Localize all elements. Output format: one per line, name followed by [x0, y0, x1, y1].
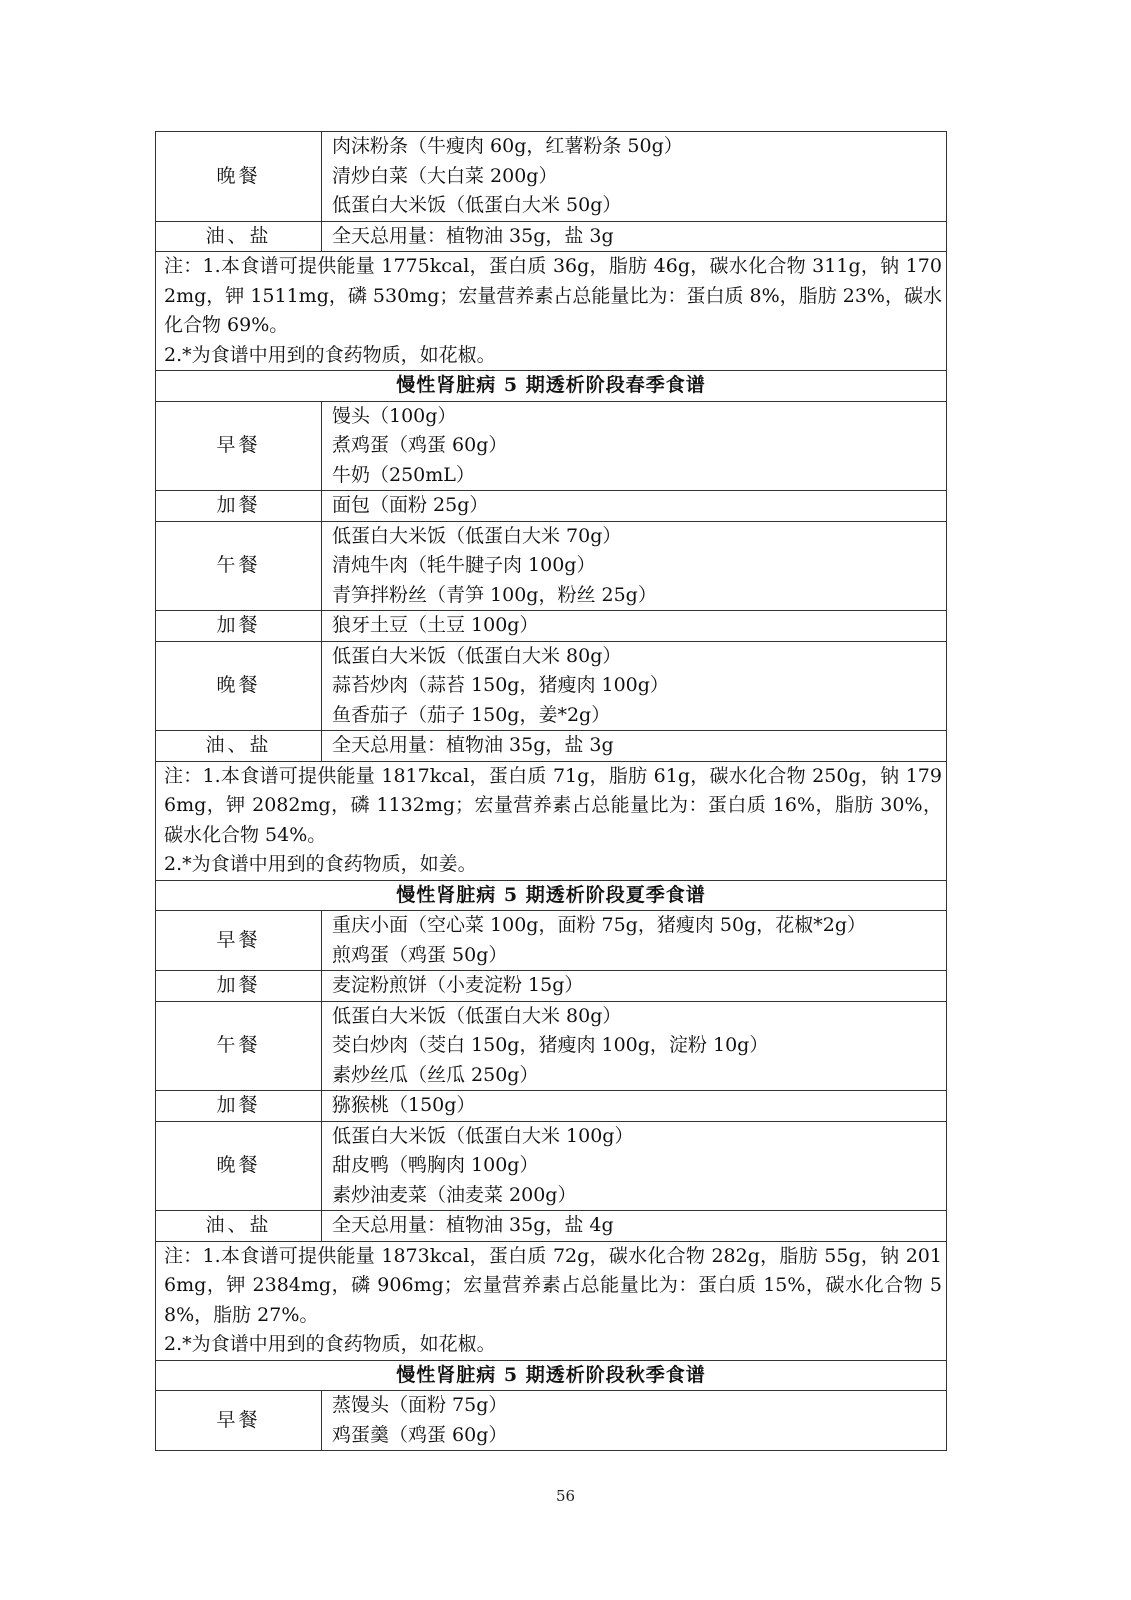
table-row: 慢性肾脏病 5 期透析阶段夏季食谱: [156, 880, 947, 911]
dish-item: 清炖牛肉（牦牛腱子肉 100g）: [332, 551, 946, 581]
note-line-1: 注：1.本食谱可提供能量 1873kcal，蛋白质 72g，碳水化合物 282g…: [164, 1242, 942, 1331]
meal-label-dinner: 晚餐: [156, 1121, 322, 1211]
dish-list: 肉沫粉条（牛瘦肉 60g，红薯粉条 50g） 清炒白菜（大白菜 200g） 低蛋…: [322, 132, 947, 222]
dish-item: 煮鸡蛋（鸡蛋 60g）: [332, 431, 946, 461]
table-row: 晚餐 低蛋白大米饭（低蛋白大米 80g） 蒜苔炒肉（蒜苔 150g，猪瘦肉 10…: [156, 641, 947, 731]
nutrition-note: 注：1.本食谱可提供能量 1873kcal，蛋白质 72g，碳水化合物 282g…: [156, 1241, 947, 1360]
meal-label-oil-salt: 油、盐: [156, 731, 322, 762]
page-number: 56: [0, 1487, 1131, 1505]
meal-label-breakfast: 早餐: [156, 911, 322, 971]
dish-list: 狼牙土豆（土豆 100g）: [322, 611, 947, 642]
meal-label-snack: 加餐: [156, 1091, 322, 1122]
dish-list: 低蛋白大米饭（低蛋白大米 70g） 清炖牛肉（牦牛腱子肉 100g） 青笋拌粉丝…: [322, 521, 947, 611]
dish-item: 猕猴桃（150g）: [332, 1091, 946, 1121]
dish-item: 低蛋白大米饭（低蛋白大米 80g）: [332, 1002, 946, 1032]
dish-item: 甜皮鸭（鸭胸肉 100g）: [332, 1151, 946, 1181]
section-title-autumn: 慢性肾脏病 5 期透析阶段秋季食谱: [156, 1360, 947, 1391]
note-line-2: 2.*为食谱中用到的食药物质，如姜。: [164, 850, 942, 880]
nutrition-note: 注：1.本食谱可提供能量 1817kcal，蛋白质 71g，脂肪 61g，碳水化…: [156, 761, 947, 880]
meal-label-snack: 加餐: [156, 971, 322, 1002]
dish-item: 低蛋白大米饭（低蛋白大米 100g）: [332, 1122, 946, 1152]
dish-item: 狼牙土豆（土豆 100g）: [332, 611, 946, 641]
dish-list: 低蛋白大米饭（低蛋白大米 100g） 甜皮鸭（鸭胸肉 100g） 素炒油麦菜（油…: [322, 1121, 947, 1211]
note-line-1: 注：1.本食谱可提供能量 1817kcal，蛋白质 71g，脂肪 61g，碳水化…: [164, 762, 942, 851]
dish-item: 素炒丝瓜（丝瓜 250g）: [332, 1061, 946, 1091]
table-row: 加餐 猕猴桃（150g）: [156, 1091, 947, 1122]
dish-list: 麦淀粉煎饼（小麦淀粉 15g）: [322, 971, 947, 1002]
oil-salt-text: 全天总用量：植物油 35g，盐 4g: [322, 1211, 947, 1242]
dish-item: 麦淀粉煎饼（小麦淀粉 15g）: [332, 971, 946, 1001]
meal-label-snack: 加餐: [156, 611, 322, 642]
meal-label-lunch: 午餐: [156, 1001, 322, 1091]
note-line-2: 2.*为食谱中用到的食药物质，如花椒。: [164, 1330, 942, 1360]
table-row: 注：1.本食谱可提供能量 1817kcal，蛋白质 71g，脂肪 61g，碳水化…: [156, 761, 947, 880]
dish-item: 馒头（100g）: [332, 402, 946, 432]
table-row: 晚餐 低蛋白大米饭（低蛋白大米 100g） 甜皮鸭（鸭胸肉 100g） 素炒油麦…: [156, 1121, 947, 1211]
table-row: 注：1.本食谱可提供能量 1775kcal，蛋白质 36g，脂肪 46g，碳水化…: [156, 252, 947, 371]
table-row: 早餐 馒头（100g） 煮鸡蛋（鸡蛋 60g） 牛奶（250mL）: [156, 401, 947, 491]
dish-item: 鸡蛋羹（鸡蛋 60g）: [332, 1421, 946, 1451]
table-row: 午餐 低蛋白大米饭（低蛋白大米 80g） 茭白炒肉（茭白 150g，猪瘦肉 10…: [156, 1001, 947, 1091]
dish-item: 低蛋白大米饭（低蛋白大米 50g）: [332, 191, 946, 221]
table-row: 油、盐 全天总用量：植物油 35g，盐 4g: [156, 1211, 947, 1242]
oil-salt-text: 全天总用量：植物油 35g，盐 3g: [322, 221, 947, 252]
dish-list: 蒸馒头（面粉 75g） 鸡蛋羹（鸡蛋 60g）: [322, 1391, 947, 1451]
dish-list: 重庆小面（空心菜 100g，面粉 75g，猪瘦肉 50g，花椒*2g） 煎鸡蛋（…: [322, 911, 947, 971]
dish-list: 馒头（100g） 煮鸡蛋（鸡蛋 60g） 牛奶（250mL）: [322, 401, 947, 491]
document-page: 晚餐 肉沫粉条（牛瘦肉 60g，红薯粉条 50g） 清炒白菜（大白菜 200g）…: [0, 0, 1131, 1600]
nutrition-note: 注：1.本食谱可提供能量 1775kcal，蛋白质 36g，脂肪 46g，碳水化…: [156, 252, 947, 371]
dish-item: 蒜苔炒肉（蒜苔 150g，猪瘦肉 100g）: [332, 671, 946, 701]
dish-item: 清炒白菜（大白菜 200g）: [332, 162, 946, 192]
dish-list: 猕猴桃（150g）: [322, 1091, 947, 1122]
table-row: 加餐 面包（面粉 25g）: [156, 491, 947, 522]
oil-salt-text: 全天总用量：植物油 35g，盐 3g: [322, 731, 947, 762]
dish-item: 面包（面粉 25g）: [332, 491, 946, 521]
dish-item: 煎鸡蛋（鸡蛋 50g）: [332, 941, 946, 971]
meal-label-oil-salt: 油、盐: [156, 221, 322, 252]
dish-list: 面包（面粉 25g）: [322, 491, 947, 522]
meal-label-oil-salt: 油、盐: [156, 1211, 322, 1242]
section-title-spring: 慢性肾脏病 5 期透析阶段春季食谱: [156, 371, 947, 402]
dish-list: 低蛋白大米饭（低蛋白大米 80g） 蒜苔炒肉（蒜苔 150g，猪瘦肉 100g）…: [322, 641, 947, 731]
table-row: 早餐 蒸馒头（面粉 75g） 鸡蛋羹（鸡蛋 60g）: [156, 1391, 947, 1451]
dish-item: 重庆小面（空心菜 100g，面粉 75g，猪瘦肉 50g，花椒*2g）: [332, 911, 946, 941]
dish-item: 鱼香茄子（茄子 150g，姜*2g）: [332, 701, 946, 731]
table-row: 注：1.本食谱可提供能量 1873kcal，蛋白质 72g，碳水化合物 282g…: [156, 1241, 947, 1360]
table-row: 油、盐 全天总用量：植物油 35g，盐 3g: [156, 731, 947, 762]
table-row: 早餐 重庆小面（空心菜 100g，面粉 75g，猪瘦肉 50g，花椒*2g） 煎…: [156, 911, 947, 971]
note-line-2: 2.*为食谱中用到的食药物质，如花椒。: [164, 341, 942, 371]
dish-item: 低蛋白大米饭（低蛋白大米 70g）: [332, 522, 946, 552]
meal-label-dinner: 晚餐: [156, 641, 322, 731]
table-row: 加餐 狼牙土豆（土豆 100g）: [156, 611, 947, 642]
meal-label-breakfast: 早餐: [156, 1391, 322, 1451]
table-row: 油、盐 全天总用量：植物油 35g，盐 3g: [156, 221, 947, 252]
meal-label-breakfast: 早餐: [156, 401, 322, 491]
note-line-1: 注：1.本食谱可提供能量 1775kcal，蛋白质 36g，脂肪 46g，碳水化…: [164, 252, 942, 341]
recipe-table: 晚餐 肉沫粉条（牛瘦肉 60g，红薯粉条 50g） 清炒白菜（大白菜 200g）…: [155, 131, 947, 1451]
meal-label-snack: 加餐: [156, 491, 322, 522]
dish-item: 低蛋白大米饭（低蛋白大米 80g）: [332, 642, 946, 672]
table-row: 午餐 低蛋白大米饭（低蛋白大米 70g） 清炖牛肉（牦牛腱子肉 100g） 青笋…: [156, 521, 947, 611]
meal-label-dinner: 晚餐: [156, 132, 322, 222]
section-title-summer: 慢性肾脏病 5 期透析阶段夏季食谱: [156, 880, 947, 911]
dish-item: 茭白炒肉（茭白 150g，猪瘦肉 100g，淀粉 10g）: [332, 1031, 946, 1061]
table-row: 慢性肾脏病 5 期透析阶段春季食谱: [156, 371, 947, 402]
dish-item: 素炒油麦菜（油麦菜 200g）: [332, 1181, 946, 1211]
table-row: 慢性肾脏病 5 期透析阶段秋季食谱: [156, 1360, 947, 1391]
table-row: 晚餐 肉沫粉条（牛瘦肉 60g，红薯粉条 50g） 清炒白菜（大白菜 200g）…: [156, 132, 947, 222]
dish-item: 牛奶（250mL）: [332, 461, 946, 491]
dish-list: 低蛋白大米饭（低蛋白大米 80g） 茭白炒肉（茭白 150g，猪瘦肉 100g，…: [322, 1001, 947, 1091]
table-row: 加餐 麦淀粉煎饼（小麦淀粉 15g）: [156, 971, 947, 1002]
dish-item: 肉沫粉条（牛瘦肉 60g，红薯粉条 50g）: [332, 132, 946, 162]
dish-item: 蒸馒头（面粉 75g）: [332, 1391, 946, 1421]
dish-item: 青笋拌粉丝（青笋 100g，粉丝 25g）: [332, 581, 946, 611]
meal-label-lunch: 午餐: [156, 521, 322, 611]
